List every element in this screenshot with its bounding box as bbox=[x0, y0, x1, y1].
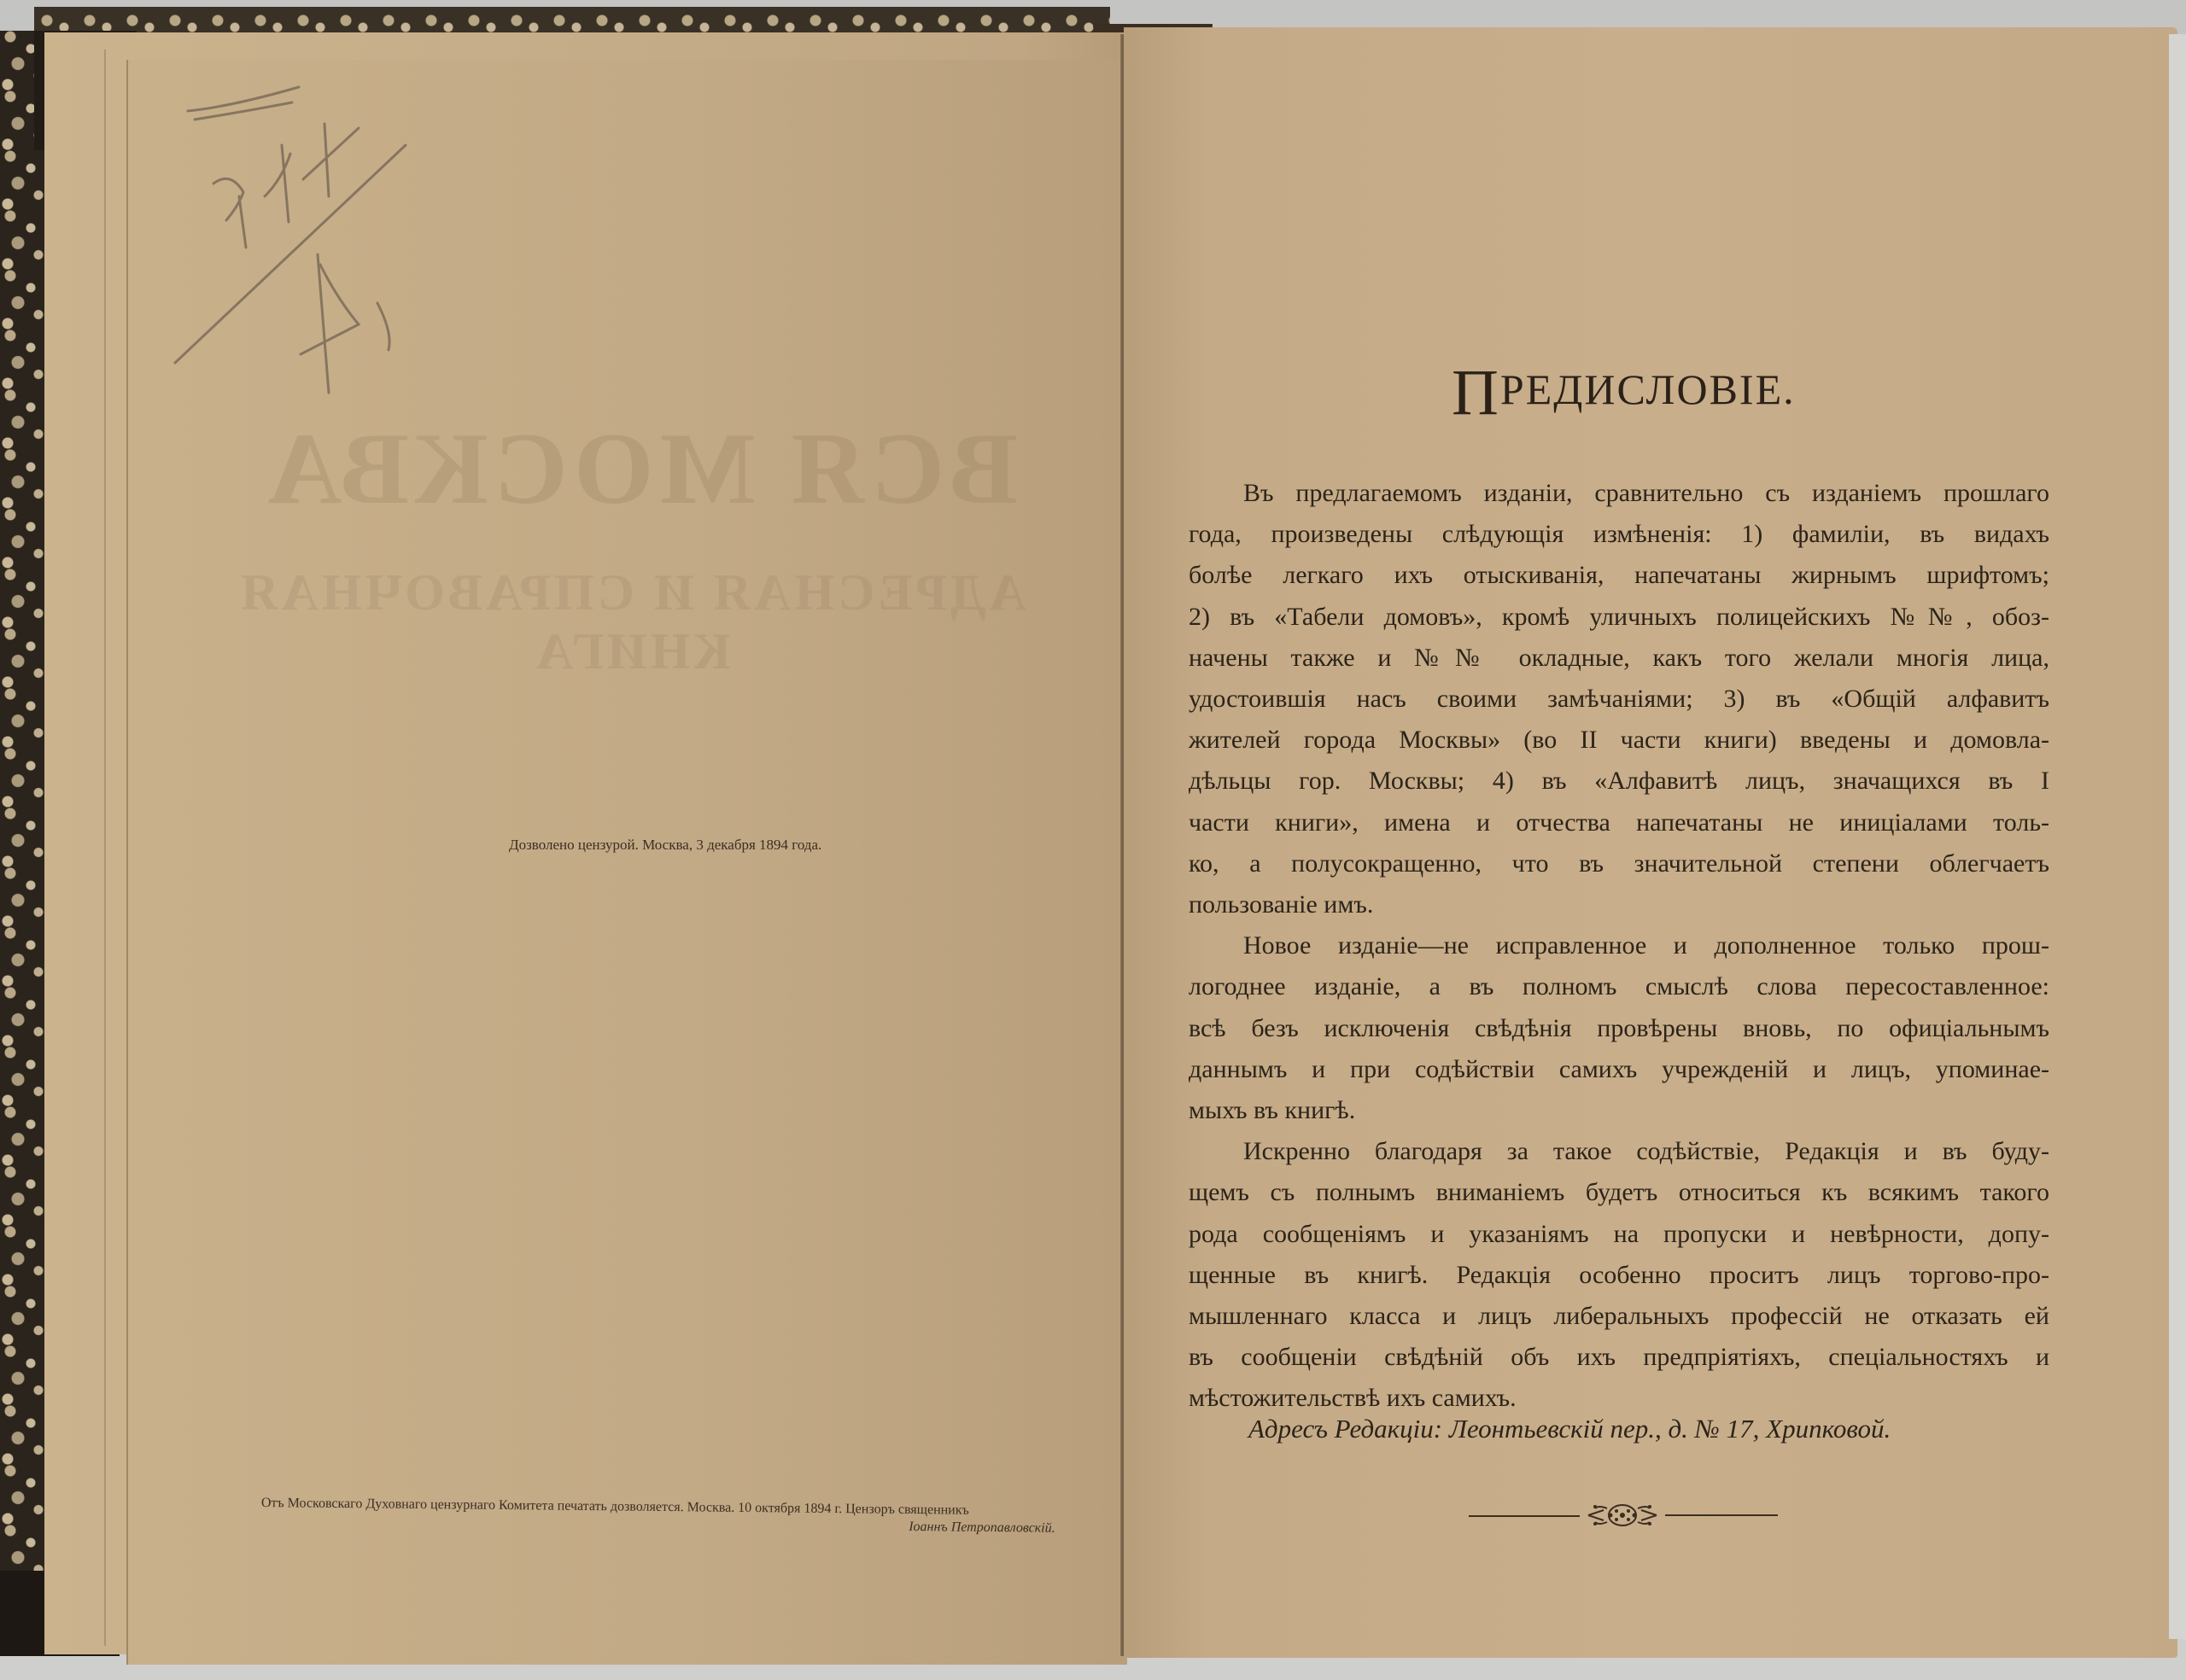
text-line: начены также и №№ окладные, какъ того же… bbox=[1189, 638, 2049, 679]
show-through-title: ВСЯ МОСКВА bbox=[256, 410, 1025, 528]
text-line: щенные въ книгѣ. Редакція особенно проси… bbox=[1189, 1255, 2049, 1296]
text-line: мышленнаго класса и лицъ либеральныхъ пр… bbox=[1189, 1296, 2049, 1337]
text-line: части книги», имена и отчества напечатан… bbox=[1189, 802, 2049, 843]
text-line: удостоившія насъ своими замѣчаніями; 3) … bbox=[1189, 679, 2049, 720]
paragraph-1: Въ предлагаемомъ изданіи, сравнительно с… bbox=[1189, 473, 2049, 925]
text-line: всѣ безъ исключенія свѣдѣнія провѣрены в… bbox=[1189, 1008, 2049, 1049]
text-line: Въ предлагаемомъ изданіи, сравнительно с… bbox=[1189, 473, 2049, 514]
text-line: дѣльцы гор. Москвы; 4) въ «Алфавитѣ лицъ… bbox=[1189, 761, 2049, 802]
text-line: Искренно благодаря за такое содѣйствіе, … bbox=[1189, 1131, 2049, 1172]
text-line: мыхъ въ книгѣ. bbox=[1189, 1090, 2049, 1131]
paragraph-3: Искренно благодаря за такое содѣйствіе, … bbox=[1189, 1131, 2049, 1419]
handwritten-pencil-marks-icon bbox=[154, 68, 461, 427]
text-line: даннымъ и при содѣйствіи самихъ учрежден… bbox=[1189, 1049, 2049, 1090]
heading-initial: П bbox=[1452, 356, 1500, 430]
paragraph-2: Новое изданіе—не исправленное и дополнен… bbox=[1189, 925, 2049, 1131]
text-line: въ сообщеніи свѣдѣній объ ихъ предпріяті… bbox=[1189, 1337, 2049, 1378]
show-through-subtitle: АДРЕСНАЯ И СПРАВОЧНАЯ КНИГА bbox=[205, 563, 1059, 681]
text-line: года, произведены слѣдующія измѣненія: 1… bbox=[1189, 514, 2049, 555]
text-line: жителей города Москвы» (во II части книг… bbox=[1189, 720, 2049, 761]
text-line: рода сообщеніямъ и указаніямъ на пропуск… bbox=[1189, 1214, 2049, 1255]
text-line: логоднее изданіе, а въ полномъ смыслѣ сл… bbox=[1189, 966, 2049, 1007]
text-line: щемъ съ полнымъ вниманіемъ будетъ относи… bbox=[1189, 1172, 2049, 1213]
text-line: болѣе легкаго ихъ отыскиванія, напечатан… bbox=[1189, 555, 2049, 596]
scan-right-margin bbox=[2169, 34, 2186, 1639]
heading-rest: РЕДИСЛОВІЕ. bbox=[1500, 365, 1796, 413]
censorship-note: Дозволено цензурой. Москва, 3 декабря 18… bbox=[509, 837, 868, 854]
text-line: ко, а полусокращенно, что въ значительно… bbox=[1189, 843, 2049, 884]
fleuron-divider-icon bbox=[1460, 1498, 1785, 1532]
text-line: Новое изданіе—не исправленное и дополнен… bbox=[1189, 925, 2049, 966]
preface-heading: ПРЕДИСЛОВІЕ. bbox=[1452, 346, 1796, 420]
text-line: 2) въ «Табели домовъ», кромѣ уличныхъ по… bbox=[1189, 597, 2049, 638]
text-line: пользованіе имъ. bbox=[1189, 884, 2049, 925]
editorial-address: Адресъ Редакціи: Леонтьевскій пер., д. №… bbox=[1248, 1414, 1891, 1444]
preface-body: Въ предлагаемомъ изданіи, сравнительно с… bbox=[1189, 473, 2049, 1420]
